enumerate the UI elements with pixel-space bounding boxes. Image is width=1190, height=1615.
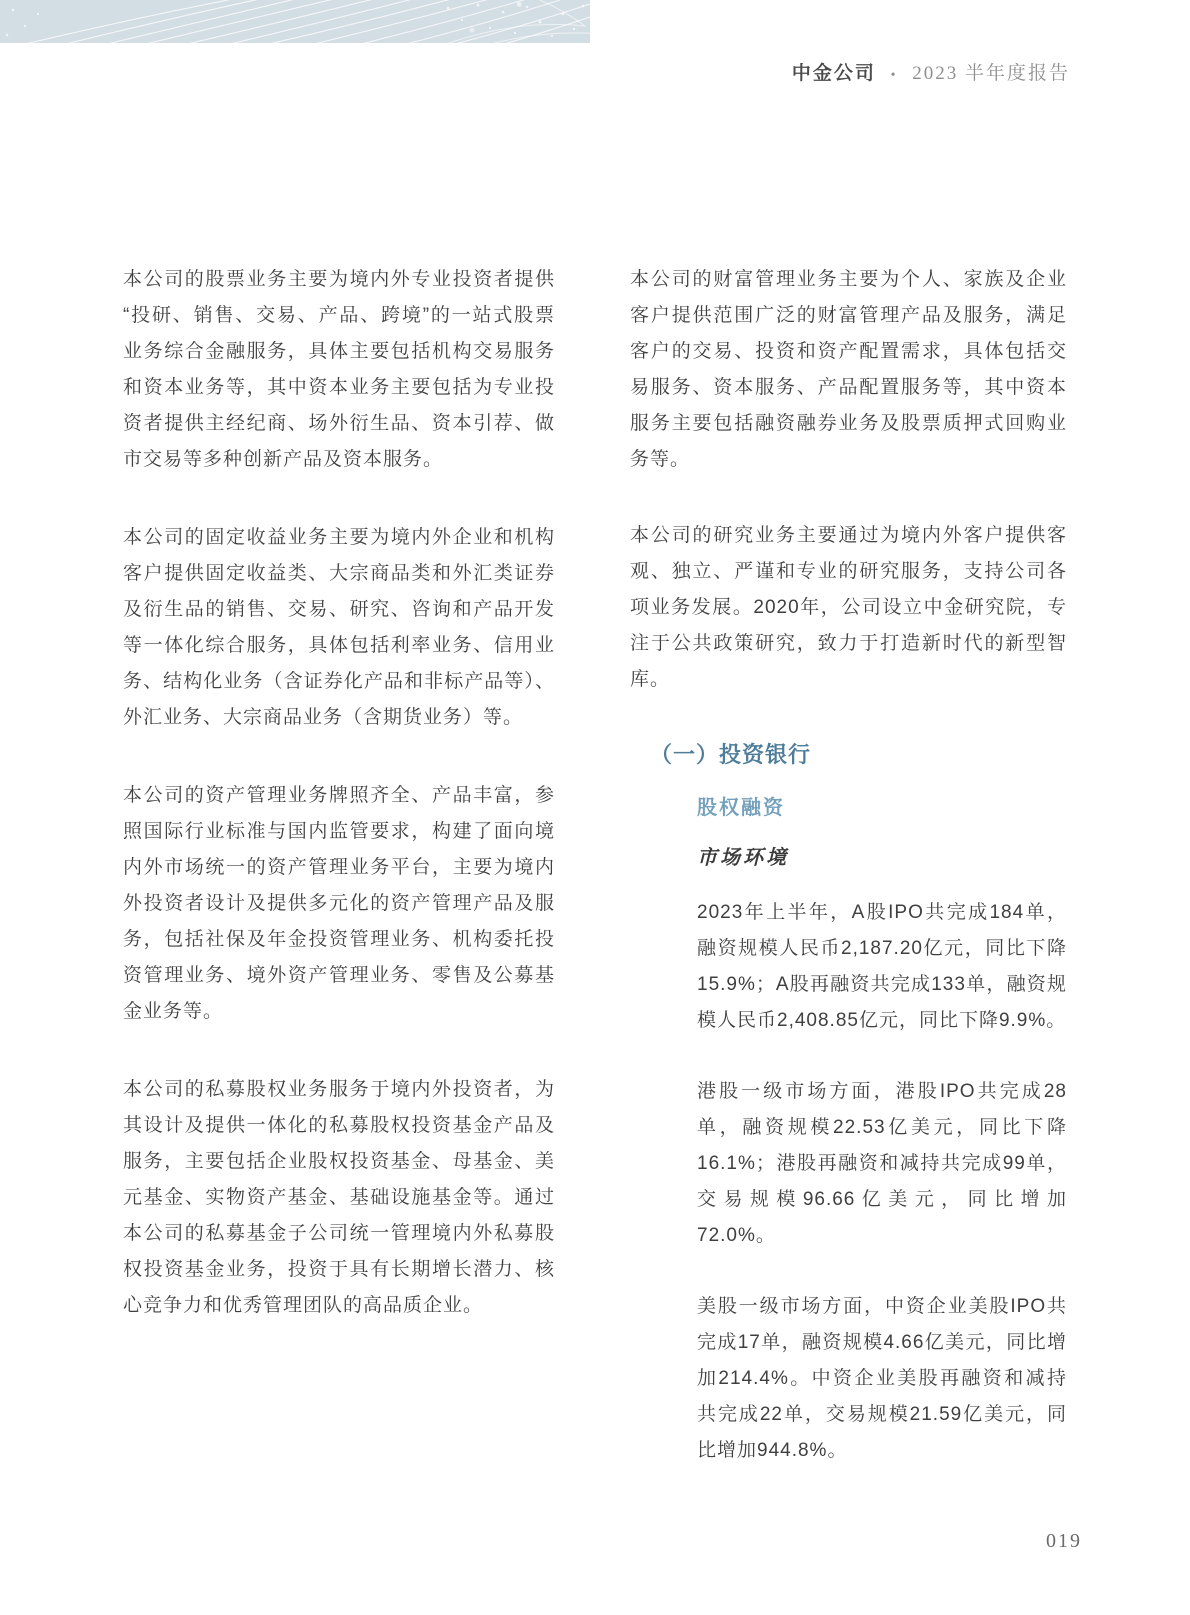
header-separator-dot: • [891, 68, 898, 83]
left-column: 本公司的股票业务主要为境内外专业投资者提供“投研、销售、交易、产品、跨境”的一站… [123, 262, 555, 1366]
paragraph-asset-management-business: 本公司的资产管理业务牌照齐全、产品丰富，参照国际行业标准与国内监管要求，构建了面… [123, 778, 555, 1030]
header-report-title: 2023 半年度报告 [912, 63, 1070, 84]
paragraph-research-business: 本公司的研究业务主要通过为境内外客户提供客观、独立、严谨和专业的研究服务，支持公… [630, 518, 1067, 698]
report-page: 中金公司 • 2023 半年度报告 本公司的股票业务主要为境内外专业投资者提供“… [0, 0, 1190, 1615]
paragraph-fixed-income-business: 本公司的固定收益业务主要为境内外企业和机构客户提供固定收益类、大宗商品类和外汇类… [123, 520, 555, 736]
paragraph-us-share-market: 美股一级市场方面，中资企业美股IPO共完成17单，融资规模4.66亿美元，同比增… [697, 1289, 1067, 1469]
subsection-heading-market-environment: 市场环境 [697, 841, 1067, 870]
subsection-heading-equity-financing: 股权融资 [697, 791, 1067, 820]
running-header: 中金公司 • 2023 半年度报告 [630, 58, 1070, 85]
paragraph-private-equity-business: 本公司的私募股权业务服务于境内外投资者，为其设计及提供一体化的私募股权投资基金产… [123, 1072, 555, 1324]
right-column: 本公司的财富管理业务主要为个人、家族及企业客户提供范围广泛的财富管理产品及服务，… [630, 262, 1067, 1504]
header-decoration-image [0, 0, 590, 43]
header-company-name: 中金公司 [792, 63, 876, 84]
paragraph-a-share-market: 2023年上半年，A股IPO共完成184单，融资规模人民币2,187.20亿元，… [697, 895, 1067, 1039]
section-heading-investment-banking: （一）投资银行 [650, 738, 1067, 769]
contour-lines-graphic [0, 0, 590, 43]
paragraph-hk-share-market: 港股一级市场方面，港股IPO共完成28单，融资规模22.53亿美元，同比下降16… [697, 1074, 1067, 1254]
paragraph-wealth-management-business: 本公司的财富管理业务主要为个人、家族及企业客户提供范围广泛的财富管理产品及服务，… [630, 262, 1067, 478]
market-environment-details: 2023年上半年，A股IPO共完成184单，融资规模人民币2,187.20亿元，… [697, 895, 1067, 1469]
page-number: 019 [1010, 1530, 1082, 1553]
paragraph-equities-business: 本公司的股票业务主要为境内外专业投资者提供“投研、销售、交易、产品、跨境”的一站… [123, 262, 555, 478]
